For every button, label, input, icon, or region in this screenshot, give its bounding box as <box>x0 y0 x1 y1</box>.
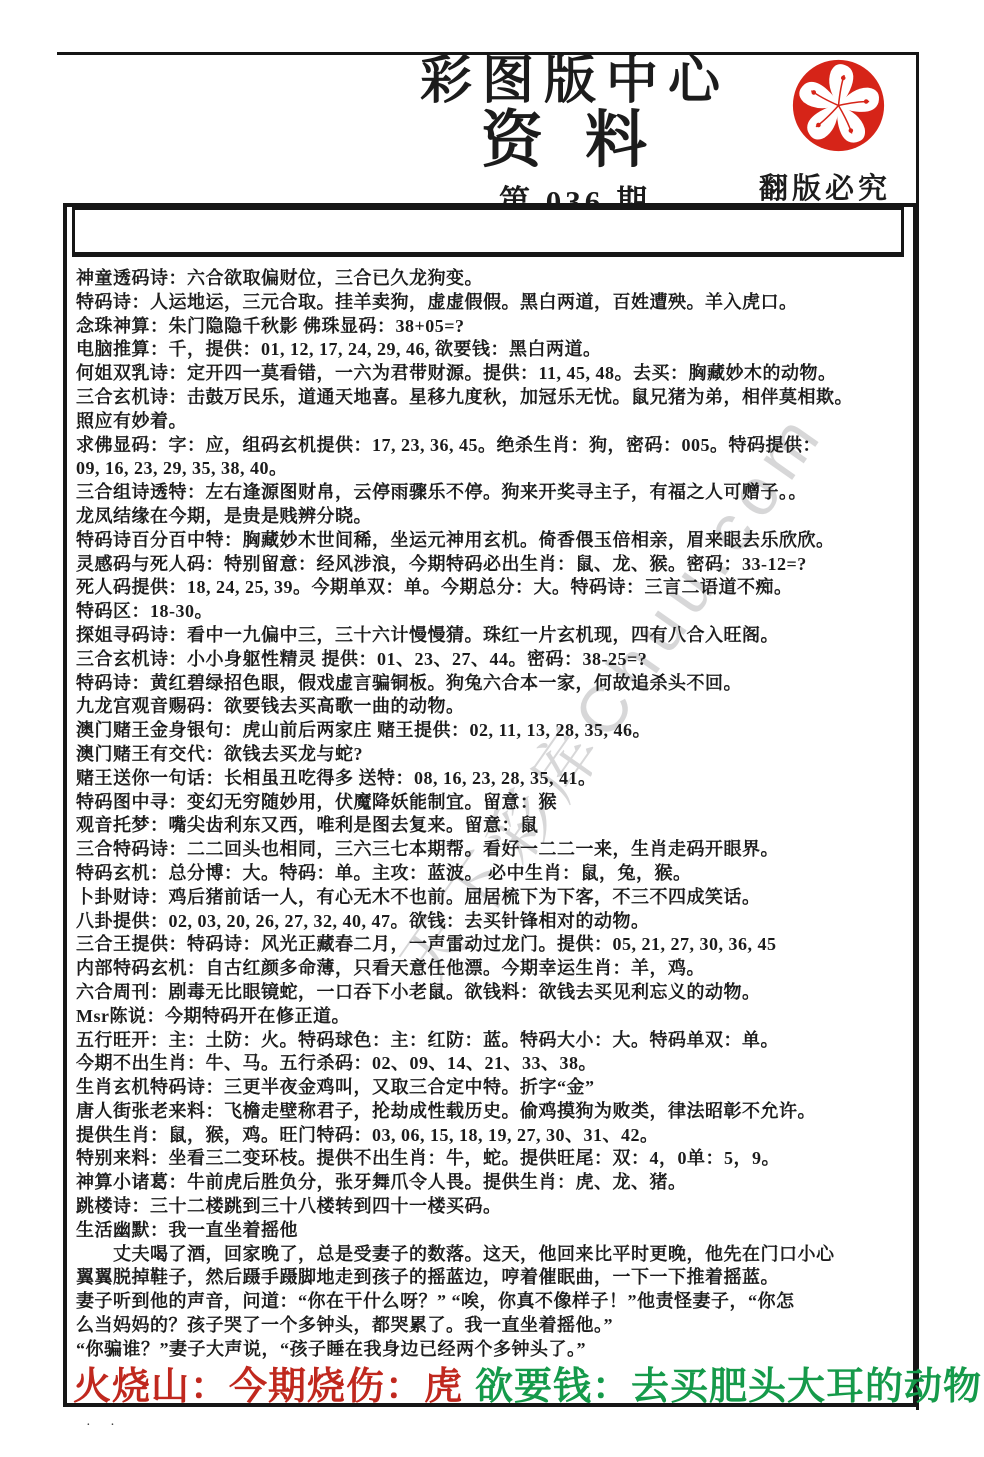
text-line: 今期不出生肖：牛、马。五行杀码：02、09、14、21、33、38。 <box>76 1052 907 1076</box>
text-line: 妻子听到他的声音，问道：“你在干什么呀？” “唉，你真不像样子！”他责怪妻子，“… <box>76 1290 907 1314</box>
text-line: 观音托梦：嘴尖齿利东又西，唯利是图去复来。留意：鼠 <box>76 814 907 838</box>
blank-strip <box>72 207 904 257</box>
content-box: 天下彩库Chuu.com 神童透码诗：六合欲取偏财位，三合已久龙狗变。特码诗：人… <box>63 203 917 1407</box>
banner-green-text: 欲要钱：去买肥头大耳的动物 <box>469 1366 984 1408</box>
text-line: Msr陈说：今期特码开在修正道。 <box>76 1005 907 1029</box>
text-line: 卜卦财诗：鸡后猪前话一人，有心无木不也前。屈居梳下为下客，不三不四成笑话。 <box>76 886 907 910</box>
text-line: 何姐双乳诗：定开四一莫看错，一六为君带财源。提供：11, 45, 48。去买：胸… <box>76 362 907 386</box>
footer-dots: · · <box>86 1418 123 1434</box>
text-line: 09, 16, 23, 29, 35, 38, 40。 <box>76 457 907 481</box>
text-line: 特码诗：人运地运，三元合取。挂羊卖狗，虚虚假假。黑白两道，百姓遭殃。羊入虎口。 <box>76 291 907 315</box>
text-line: 探姐寻码诗：看中一九偏中三，三十六计慢慢猜。珠红一片玄机现，四有八合入旺阁。 <box>76 624 907 648</box>
text-line: 念珠神算：朱门隐隐千秋影 佛珠显码：38+05=? <box>76 315 907 339</box>
text-line: 提供生肖：鼠，猴，鸡。旺门特码：03, 06, 15, 18, 19, 27, … <box>76 1124 907 1148</box>
text-line: 三合王提供：特码诗：风光正藏春二月，一声雷动过龙门。提供：05, 21, 27,… <box>76 933 907 957</box>
text-line: 生活幽默：我一直坐着摇他 <box>76 1219 907 1243</box>
text-line: 电脑推算：千，提供：01, 12, 17, 24, 29, 46, 欲要钱：黑白… <box>76 338 907 362</box>
text-line: 神算小诸葛：牛前虎后胜负分，张牙舞爪令人畏。提供生肖：虎、龙、猪。 <box>76 1171 907 1195</box>
text-line: 特码区：18-30。 <box>76 600 907 624</box>
text-line: 照应有妙着。 <box>76 410 907 434</box>
text-line: 特码图中寻：变幻无穷随妙用，伏魔降妖能制宜。留意：猴 <box>76 791 907 815</box>
text-line: 三合玄机诗：击鼓万民乐，道通天地喜。星移九度秋，加冠乐无忧。鼠兄猪为弟，相伴莫相… <box>76 386 907 410</box>
text-line: 内部特码玄机：自古红颜多命薄，只看天意任他漂。今期幸运生肖：羊，鸡。 <box>76 957 907 981</box>
lottery-tip-sheet-page: 彩图版中心 资料 第 036 期 <box>0 0 984 1457</box>
bottom-banner: 火烧山：今期烧伤：虎欲要钱：去买肥头大耳的动物 <box>67 1355 913 1410</box>
text-line: 三合玄机诗：小小身躯性精灵 提供：01、23、27、44。密码：38-25=? <box>76 648 907 672</box>
banner-red-text: 火烧山：今期烧伤：虎 <box>67 1366 469 1408</box>
text-line: 特码诗百分百中特：胸藏妙木世间稀，坐运元神用玄机。倚香偎玉倍相亲，眉来眼去乐欣欣… <box>76 529 907 553</box>
text-line: 五行旺开：主：土防：火。特码球色：主：红防：蓝。特码大小：大。特码单双：单。 <box>76 1029 907 1053</box>
text-line: 唐人街张老来料：飞檐走壁称君子，抡劫成性载历史。偷鸡摸狗为败类，律法昭彰不允许。 <box>76 1100 907 1124</box>
text-line: 灵感码与死人码：特别留意：经风涉浪，今期特码必出生肖：鼠、龙、猴。密码：33-1… <box>76 553 907 577</box>
text-line: 么当妈妈的？孩子哭了一个多钟头，都哭累了。我一直坐着摇他。” <box>76 1314 907 1338</box>
text-line: 龙凤结缘在今期，是贵是贱辨分晓。 <box>76 505 907 529</box>
text-lines: 神童透码诗：六合欲取偏财位，三合已久龙狗变。特码诗：人运地运，三元合取。挂羊卖狗… <box>76 267 907 1362</box>
text-line: 神童透码诗：六合欲取偏财位，三合已久龙狗变。 <box>76 267 907 291</box>
text-line: 跳楼诗：三十二楼跳到三十八楼转到四十一楼买码。 <box>76 1195 907 1219</box>
text-line: 死人码提供：18, 24, 25, 39。今期单双：单。今期总分：大。特码诗：三… <box>76 576 907 600</box>
text-line: 求佛显码：字：应，组码玄机提供：17, 23, 36, 45。绝杀生肖：狗，密码… <box>76 434 907 458</box>
text-line: 翼翼脱掉鞋子，然后蹑手蹑脚地走到孩子的摇蓝边，哼着催眠曲，一下一下推着摇蓝。 <box>76 1266 907 1290</box>
text-line: 三合组诗透特：左右逢源图财帛，云停雨骤乐不停。狗来开奖寻主子，有福之人可赠子。。 <box>76 481 907 505</box>
text-line: 丈夫喝了酒，回家晚了，总是受妻子的数落。这天，他回来比平时更晚，他先在门口小心 <box>76 1243 907 1267</box>
text-line: 生肖玄机特码诗：三更半夜金鸡叫，又取三合定中特。折字“金” <box>76 1076 907 1100</box>
text-line: 澳门赌王金身银句：虎山前后两家庄 赌王提供：02, 11, 13, 28, 35… <box>76 719 907 743</box>
text-line: 赌王送你一句话：长相虽丑吃得多 送特：08, 16, 23, 28, 35, 4… <box>76 767 907 791</box>
text-line: 特码玄机：总分博：大。特码：单。主攻：蓝波。 必中生肖：鼠，兔，猴。 <box>76 862 907 886</box>
text-line: 特别来料：坐看三二变环枝。提供不出生肖：牛，蛇。提供旺尾：双：4，0单：5，9。 <box>76 1147 907 1171</box>
text-line: 特码诗：黄红碧绿招色眼，假戏虚言骗铜板。狗兔六合本一家，何故追杀头不回。 <box>76 672 907 696</box>
text-line: 八卦提供：02, 03, 20, 26, 27, 32, 40, 47。欲钱：去… <box>76 910 907 934</box>
text-line: 六合周刊：剧毒无比眼镜蛇，一口吞下小老鼠。欲钱料：欲钱去买见利忘义的动物。 <box>76 981 907 1005</box>
text-line: 三合特码诗：二二回头也相同，三六三七本期帮。看好一二二一来，生肖走码开眼界。 <box>76 838 907 862</box>
text-line: 九龙宫观音赐码：欲要钱去买高歌一曲的动物。 <box>76 695 907 719</box>
text-line: 澳门赌王有交代：欲钱去买龙与蛇? <box>76 743 907 767</box>
